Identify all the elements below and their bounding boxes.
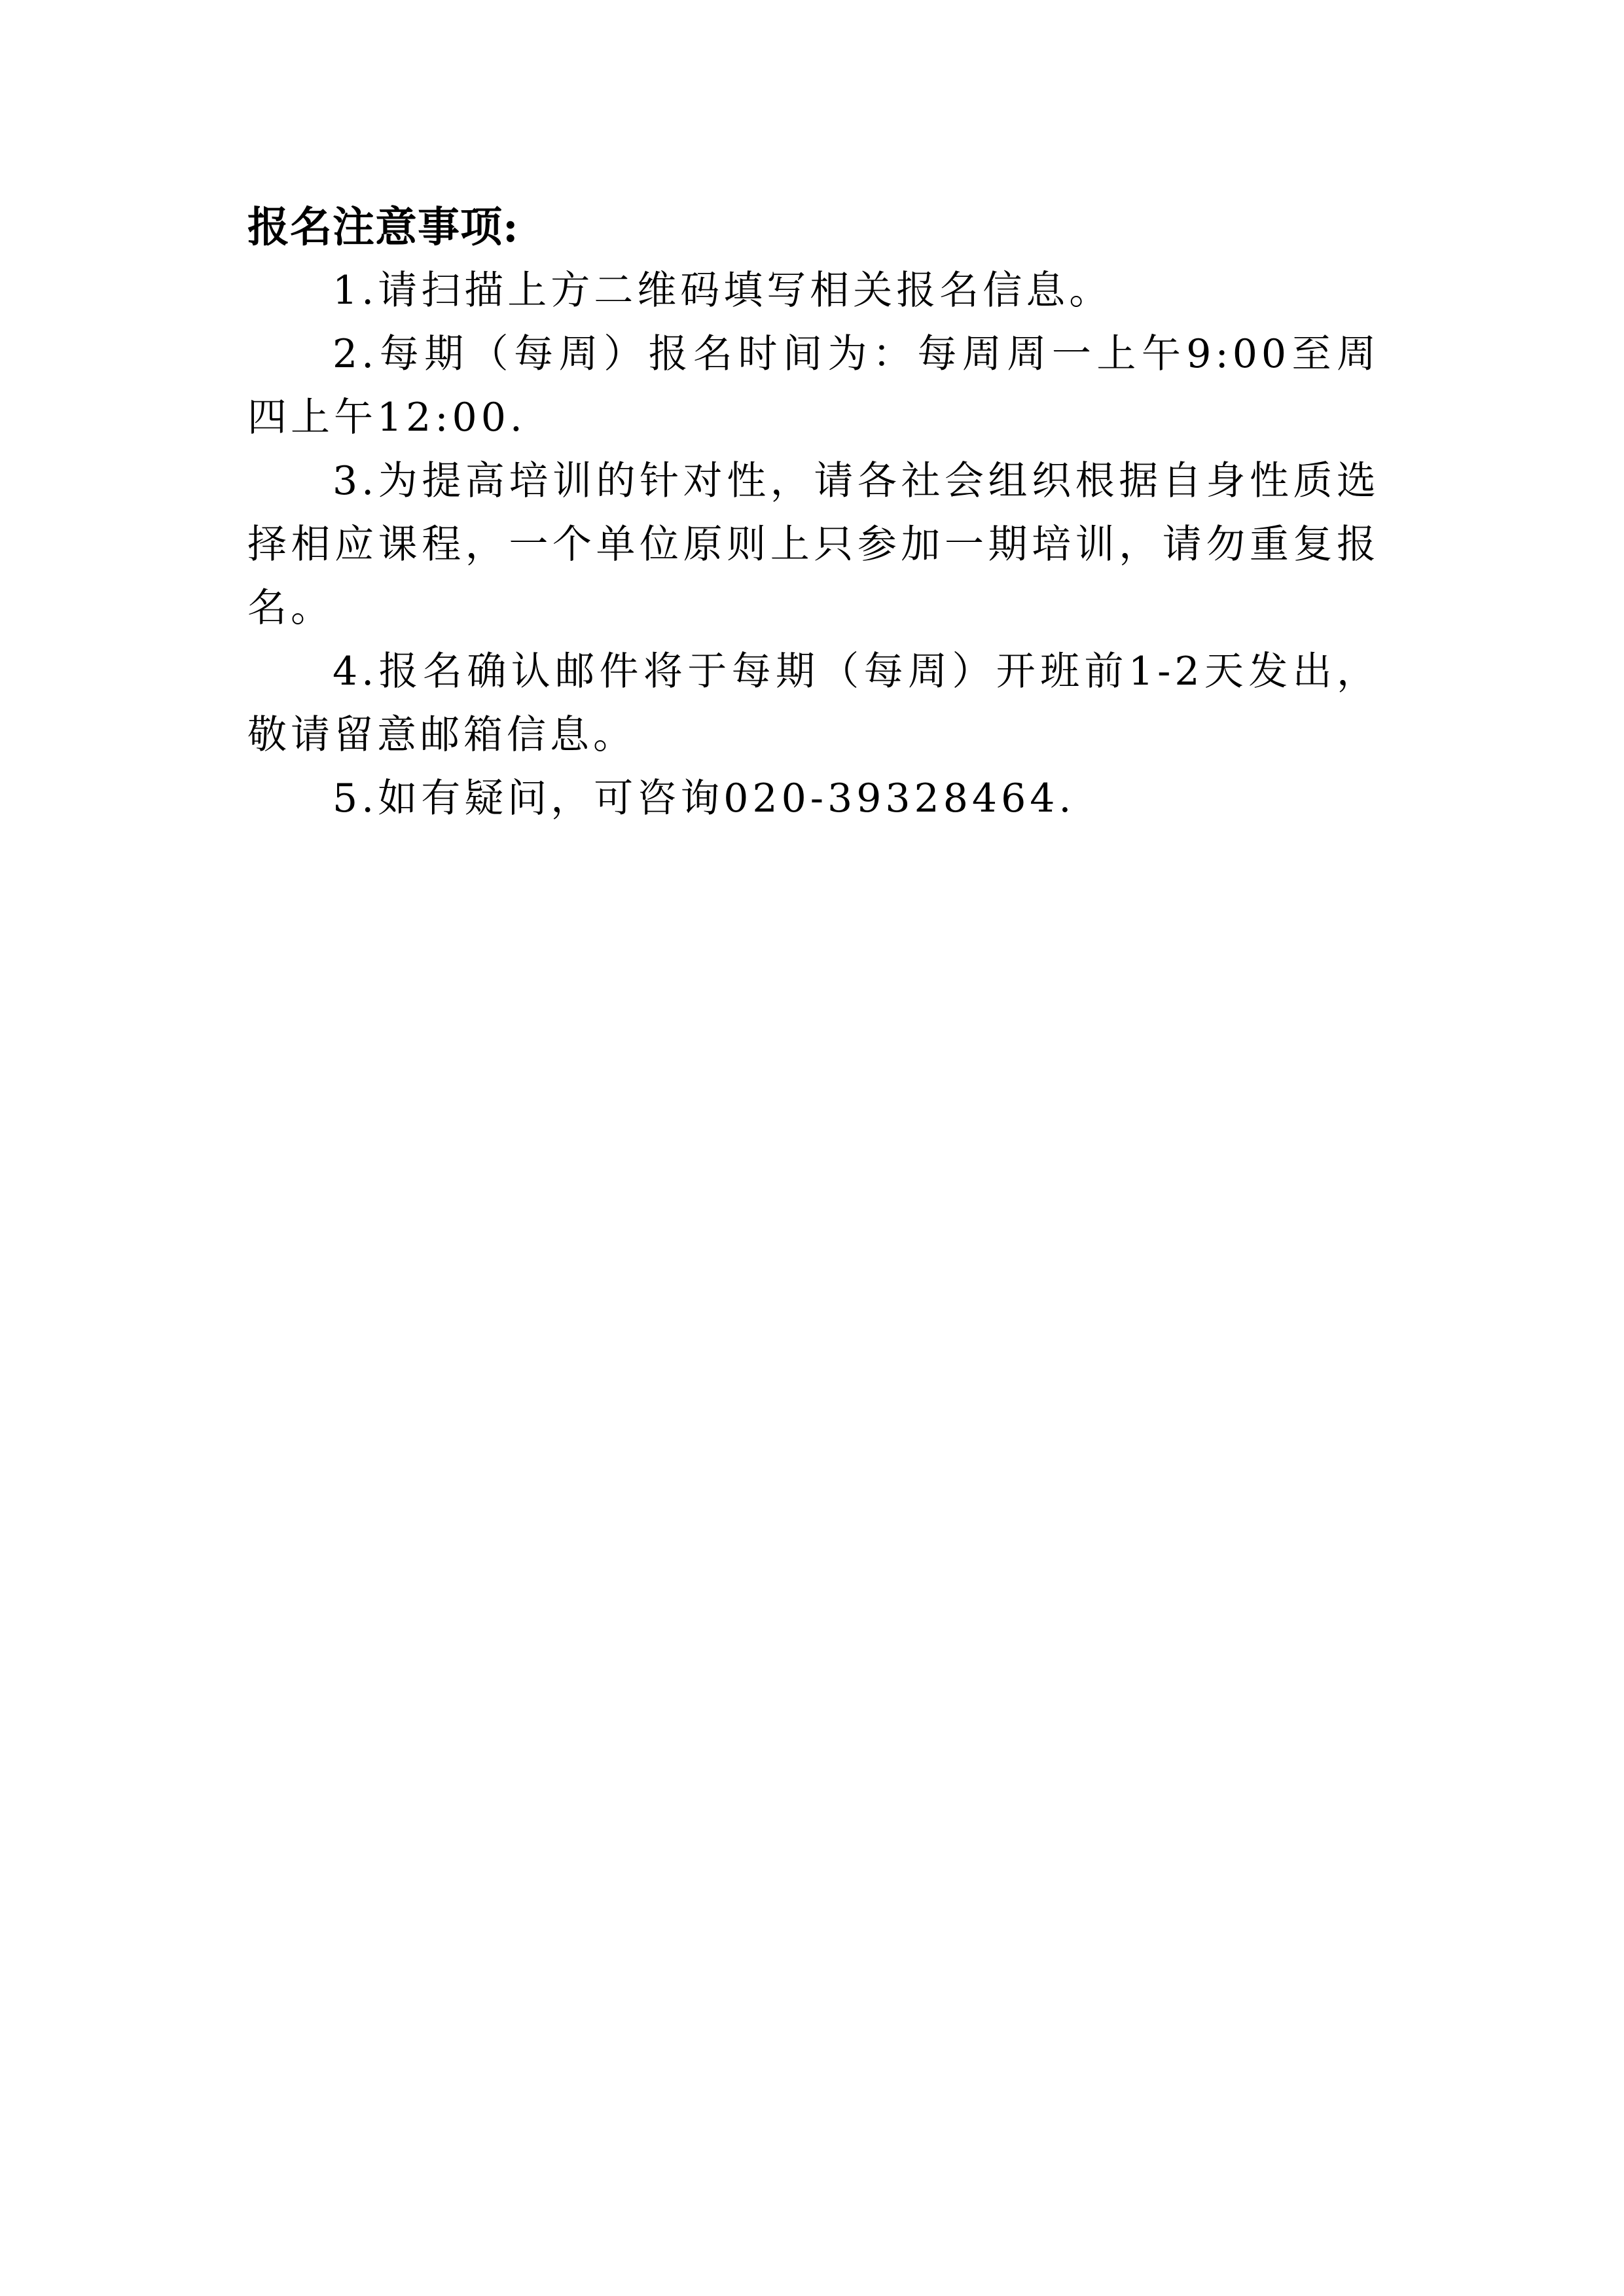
notice-item-4: 4.报名确认邮件将于每期（每周）开班前1-2天发出，敬请留意邮箱信息。	[247, 640, 1380, 767]
notice-item-2: 2.每期（每周）报名时间为：每周周一上午9:00至周四上午12:00.	[247, 323, 1380, 450]
document-page: 报名注意事项: 1.请扫描上方二维码填写相关报名信息。 2.每期（每周）报名时间…	[247, 196, 1380, 831]
notice-item-1: 1.请扫描上方二维码填写相关报名信息。	[247, 259, 1380, 323]
notice-item-3: 3.为提高培训的针对性，请各社会组织根据自身性质选择相应课程，一个单位原则上只参…	[247, 450, 1380, 640]
notice-heading: 报名注意事项:	[247, 196, 1380, 259]
notice-item-5: 5.如有疑问，可咨询020-39328464.	[247, 767, 1380, 831]
